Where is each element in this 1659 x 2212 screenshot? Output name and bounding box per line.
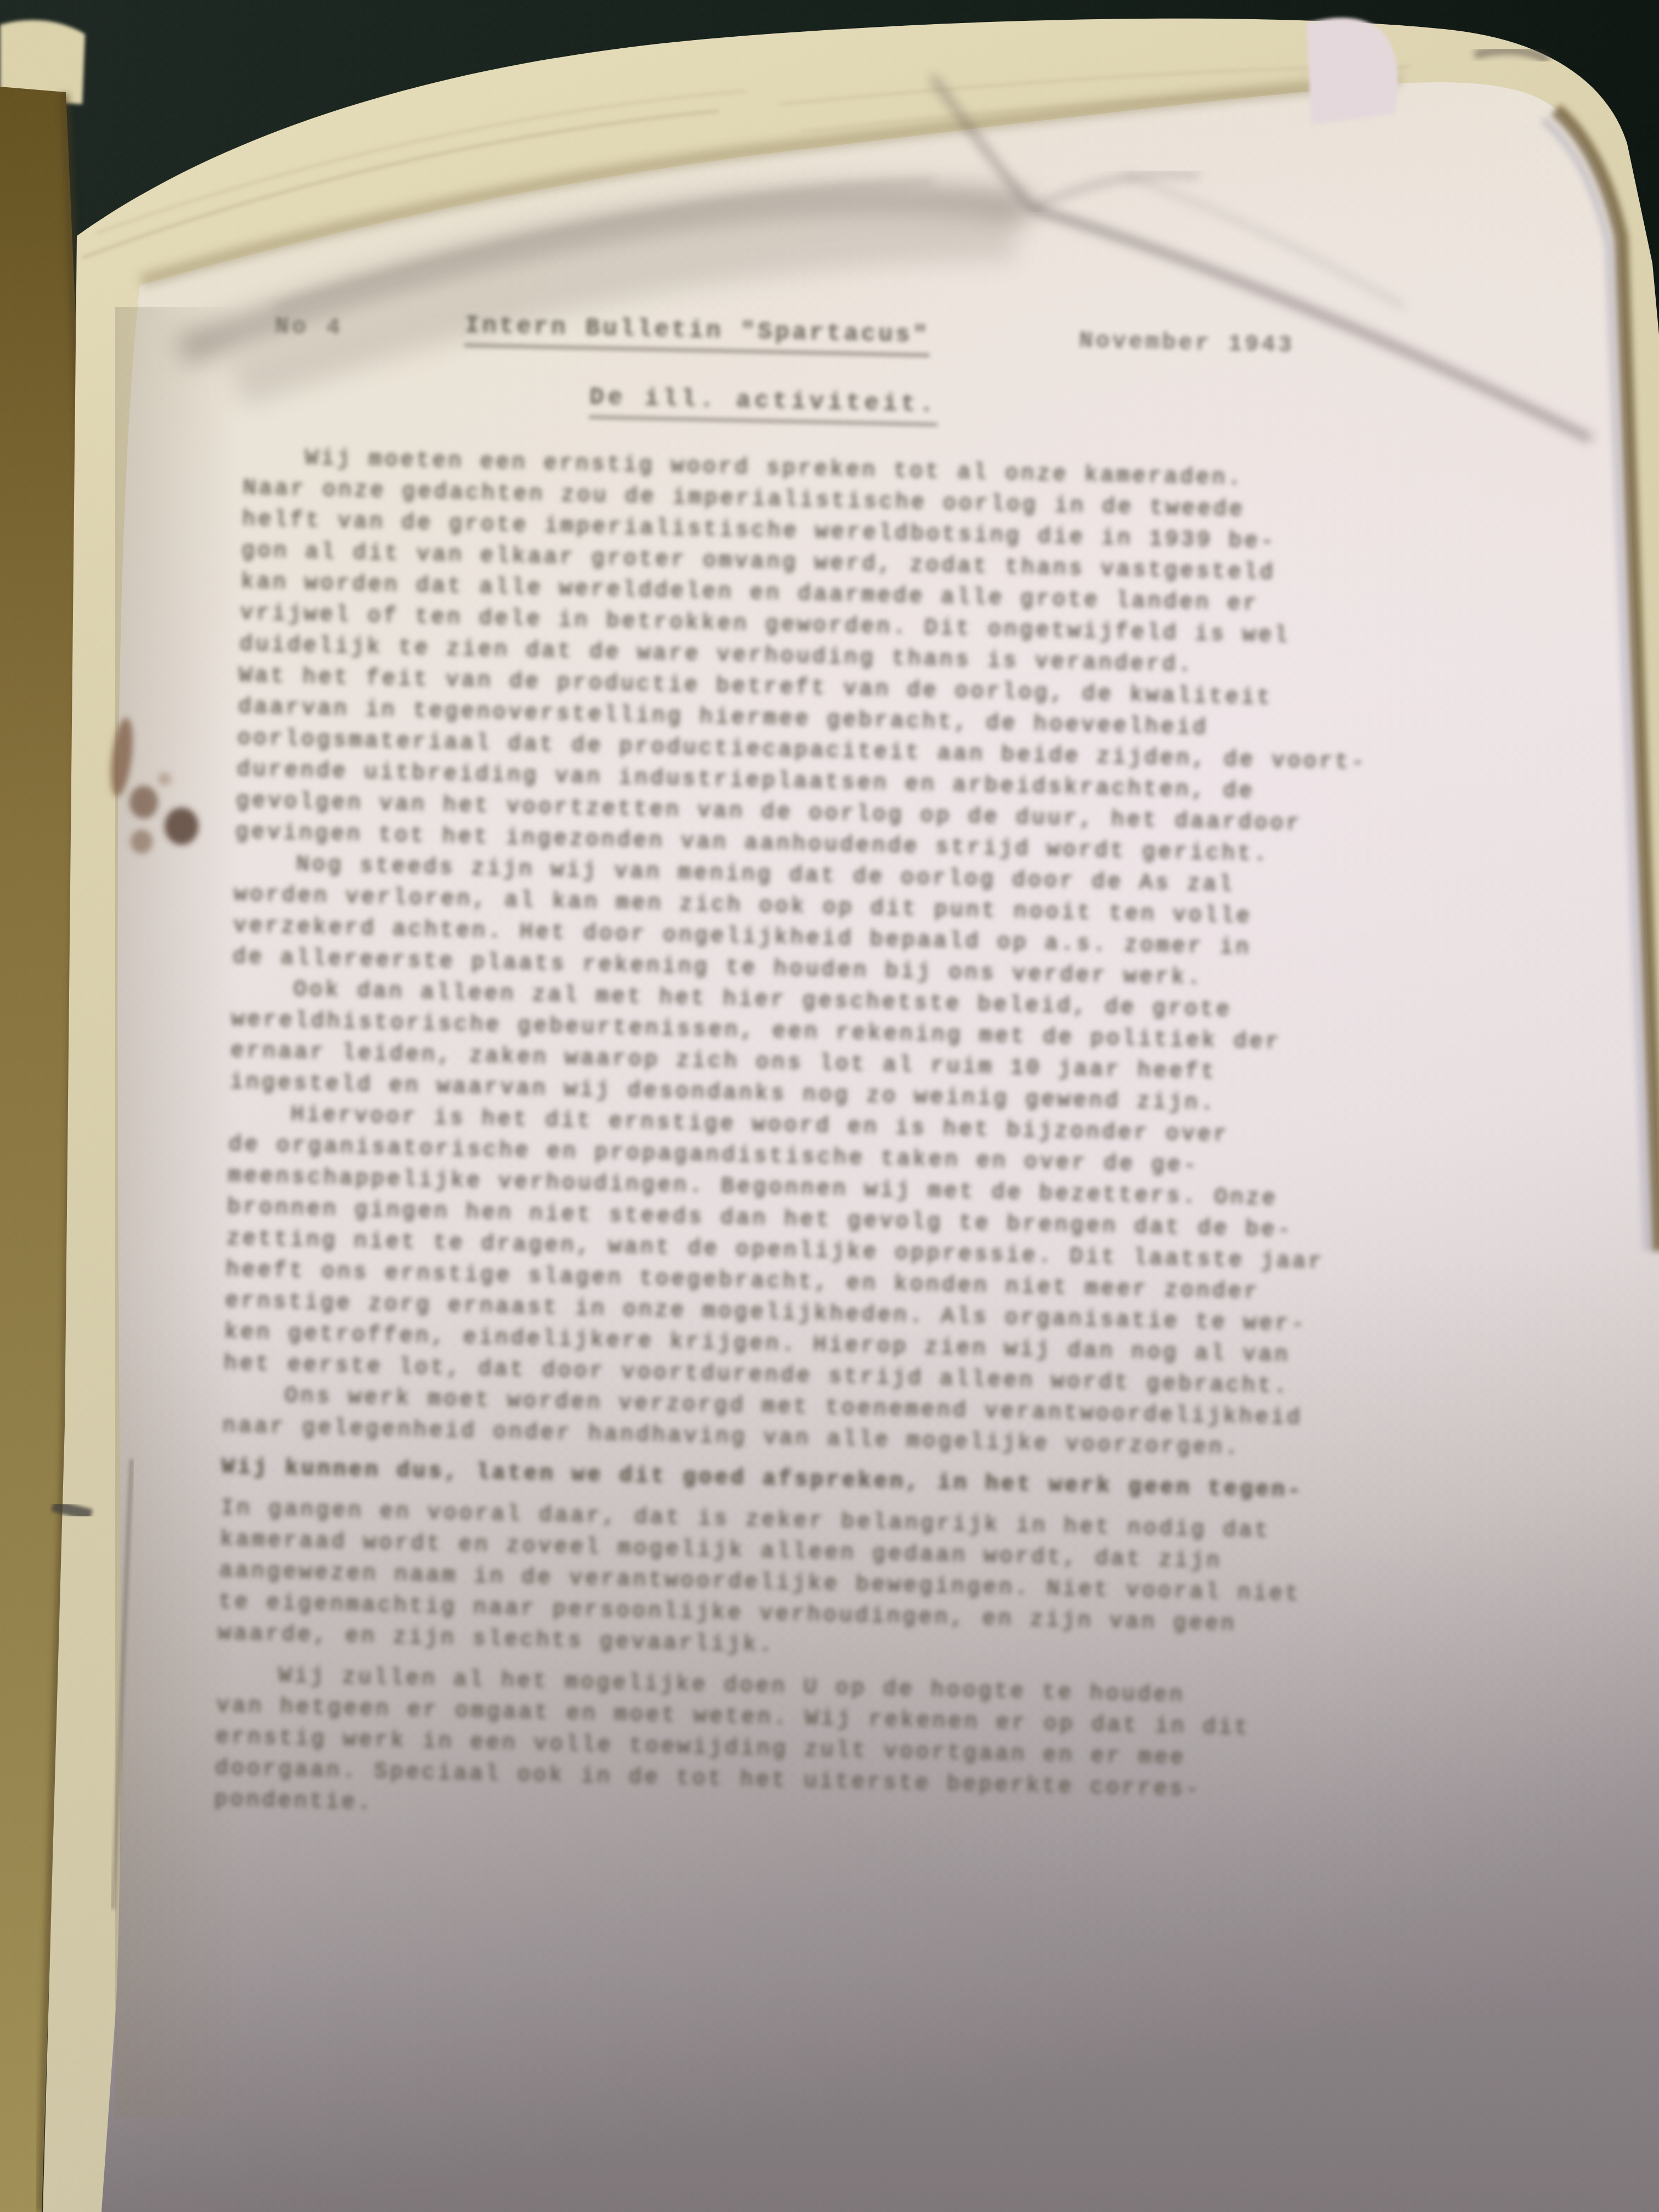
typewritten-paragraph: Nog steeds zijn wij van mening dat de oo… (233, 848, 1414, 999)
issue-date: November 1943 (1079, 328, 1295, 359)
body-text: Wij moeten een ernstig woord spreken tot… (214, 442, 1423, 1841)
typewritten-paragraph: Hiervoor is het dit ernstige woord en is… (226, 1098, 1409, 1280)
typewritten-paragraph: In gangen en vooral daar, dat is zeker b… (218, 1493, 1401, 1675)
photo-of-document: No 4 Intern Bulletin "Spartacus" Novembe… (0, 0, 1659, 2212)
typewritten-paragraph: heeft ons ernstige slagen toegebracht, e… (223, 1255, 1405, 1406)
issue-number: No 4 (275, 313, 344, 341)
typewritten-paragraph: Wij zullen al het mogelijke doen U op de… (214, 1659, 1397, 1841)
typewritten-text-layer: No 4 Intern Bulletin "Spartacus" Novembe… (214, 307, 1426, 1841)
article-title: De ill. activiteit. (589, 384, 938, 426)
typewritten-paragraph: Wij moeten een ernstig woord spreken tot… (235, 442, 1423, 874)
typewritten-paragraph: Ook dan alleen zal met het hier geschets… (230, 973, 1412, 1124)
